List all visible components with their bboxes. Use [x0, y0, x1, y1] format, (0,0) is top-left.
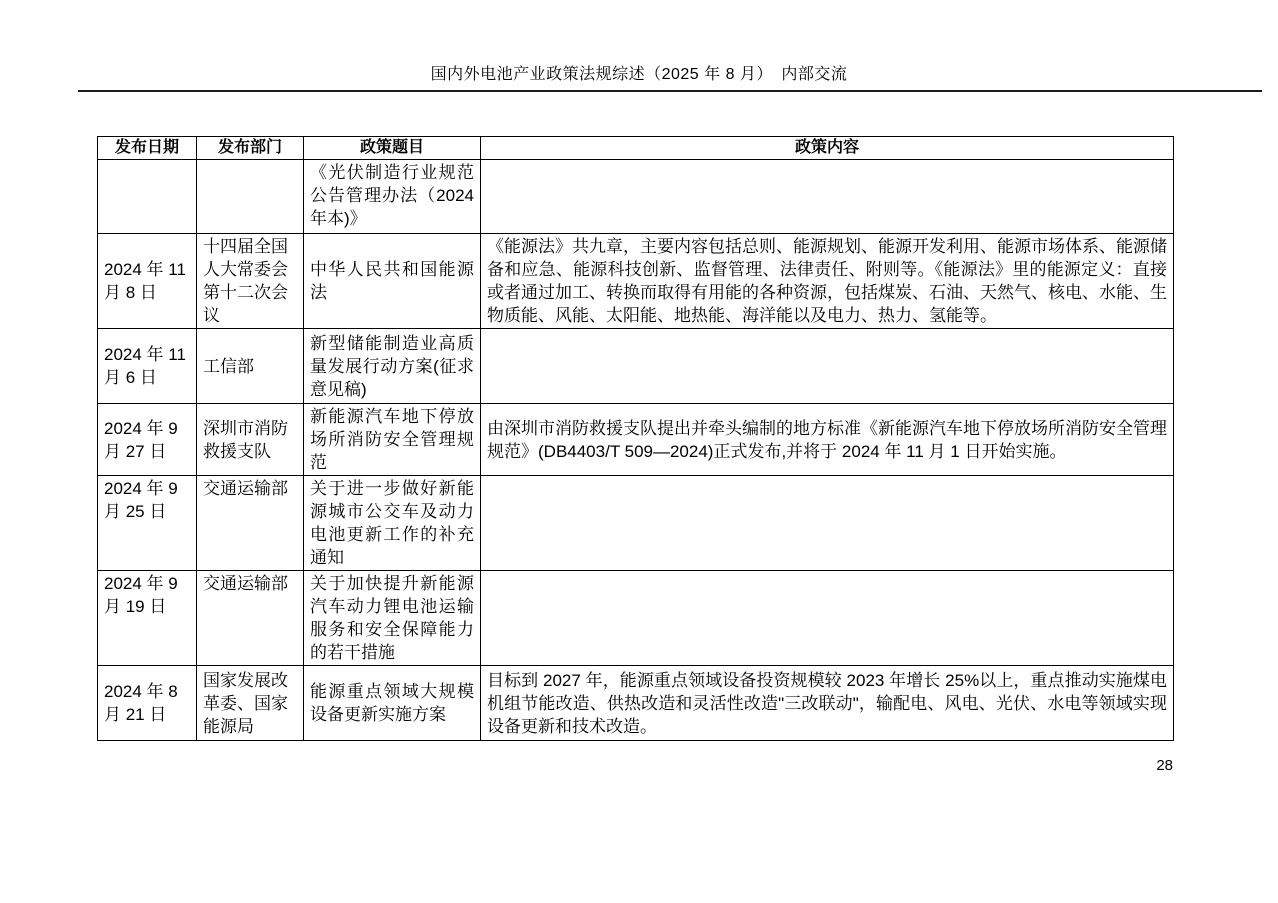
cell-title: 《光伏制造行业规范公告管理办法（2024 年本)》 — [304, 160, 481, 234]
cell-title: 中华人民共和国能源法 — [304, 234, 481, 329]
page-header-title: 国内外电池产业政策法规综述（2025 年 8 月） 内部交流 — [0, 61, 1278, 84]
cell-date: 2024 年 11 月 8 日 — [98, 234, 197, 329]
cell-title: 关于进一步做好新能源城市公交车及动力电池更新工作的补充通知 — [304, 476, 481, 571]
cell-dept: 十四届全国人大常委会第十二次会议 — [197, 234, 304, 329]
cell-content — [481, 160, 1174, 234]
col-header-date: 发布日期 — [98, 137, 197, 160]
cell-content — [481, 476, 1174, 571]
cell-date: 2024 年 8 月 21 日 — [98, 666, 197, 741]
table-row: 2024 年 9 月 19 日 交通运输部 关于加快提升新能源汽车动力锂电池运输… — [98, 571, 1174, 666]
cell-content: 目标到 2027 年，能源重点领域设备投资规模较 2023 年增长 25%以上，… — [481, 666, 1174, 741]
table-row: 2024 年 11 月 8 日 十四届全国人大常委会第十二次会议 中华人民共和国… — [98, 234, 1174, 329]
cell-dept: 交通运输部 — [197, 476, 304, 571]
cell-dept: 工信部 — [197, 329, 304, 404]
table-row: 《光伏制造行业规范公告管理办法（2024 年本)》 — [98, 160, 1174, 234]
table-row: 2024 年 9 月 25 日 交通运输部 关于进一步做好新能源城市公交车及动力… — [98, 476, 1174, 571]
col-header-dept: 发布部门 — [197, 137, 304, 160]
cell-title: 关于加快提升新能源汽车动力锂电池运输服务和安全保障能力的若干措施 — [304, 571, 481, 666]
header-rule — [78, 90, 1262, 92]
cell-dept: 国家发展改革委、国家能源局 — [197, 666, 304, 741]
document-page: 国内外电池产业政策法规综述（2025 年 8 月） 内部交流 发布日期 发布部门… — [0, 0, 1278, 903]
cell-title: 新能源汽车地下停放场所消防安全管理规范 — [304, 404, 481, 476]
cell-content: 《能源法》共九章，主要内容包括总则、能源规划、能源开发利用、能源市场体系、能源储… — [481, 234, 1174, 329]
page-number: 28 — [97, 757, 1173, 774]
cell-date: 2024 年 9 月 19 日 — [98, 571, 197, 666]
cell-content — [481, 571, 1174, 666]
cell-date: 2024 年 11 月 6 日 — [98, 329, 197, 404]
cell-content: 由深圳市消防救援支队提出并牵头编制的地方标准《新能源汽车地下停放场所消防安全管理… — [481, 404, 1174, 476]
table-row: 2024 年 8 月 21 日 国家发展改革委、国家能源局 能源重点领域大规模设… — [98, 666, 1174, 741]
cell-content — [481, 329, 1174, 404]
cell-date — [98, 160, 197, 234]
col-header-content: 政策内容 — [481, 137, 1174, 160]
cell-date: 2024 年 9 月 25 日 — [98, 476, 197, 571]
col-header-title: 政策题目 — [304, 137, 481, 160]
cell-title: 能源重点领域大规模设备更新实施方案 — [304, 666, 481, 741]
cell-date: 2024 年 9 月 27 日 — [98, 404, 197, 476]
table-row: 2024 年 9 月 27 日 深圳市消防救援支队 新能源汽车地下停放场所消防安… — [98, 404, 1174, 476]
cell-title: 新型储能制造业高质量发展行动方案(征求意见稿) — [304, 329, 481, 404]
cell-dept: 交通运输部 — [197, 571, 304, 666]
policy-table: 发布日期 发布部门 政策题目 政策内容 《光伏制造行业规范公告管理办法（2024… — [97, 136, 1174, 741]
cell-dept — [197, 160, 304, 234]
table-header-row: 发布日期 发布部门 政策题目 政策内容 — [98, 137, 1174, 160]
cell-dept: 深圳市消防救援支队 — [197, 404, 304, 476]
table-row: 2024 年 11 月 6 日 工信部 新型储能制造业高质量发展行动方案(征求意… — [98, 329, 1174, 404]
